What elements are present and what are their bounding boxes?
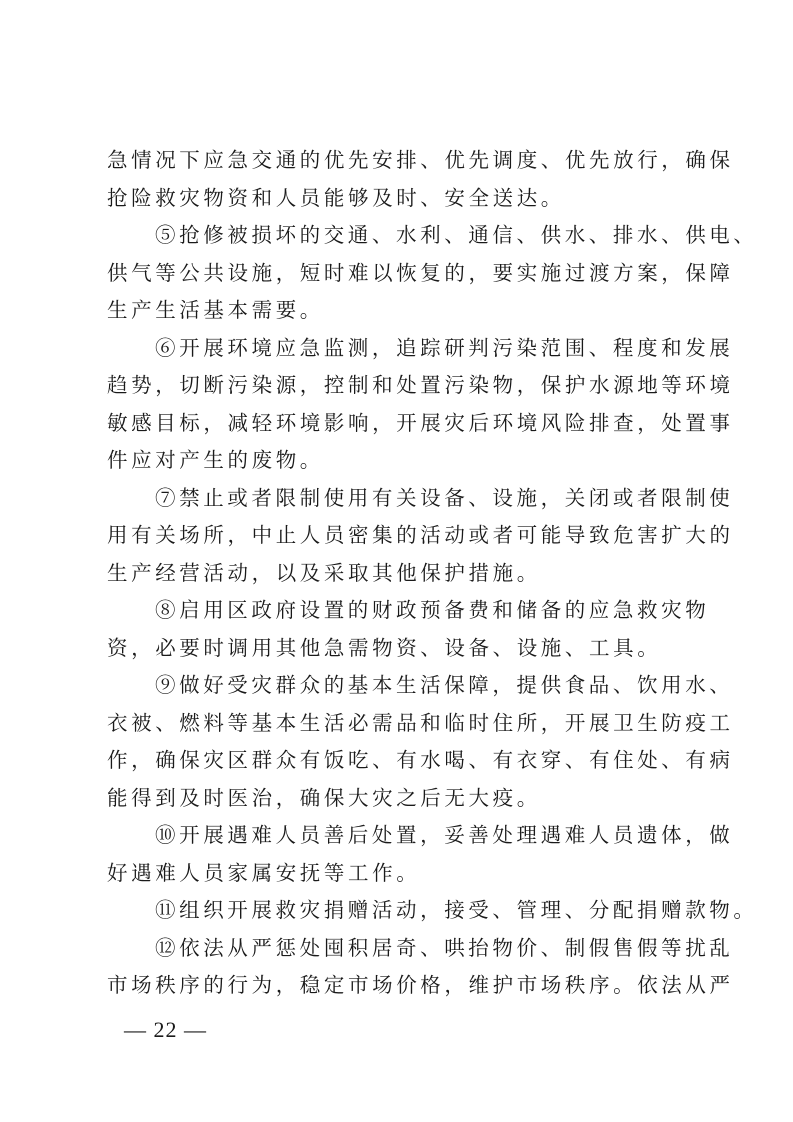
- text-line: 用有关场所，中止人员密集的活动或者可能导致危害扩大的: [107, 517, 697, 555]
- list-item-8: ⑧启用区政府设置的财政预备费和储备的应急救灾物: [107, 592, 697, 630]
- text-line: 趋势，切断污染源，控制和处置污染物，保护水源地等环境: [107, 367, 697, 405]
- list-item-10: ⑩开展遇难人员善后处置，妥善处理遇难人员遗体，做: [107, 817, 697, 855]
- text-line: 件应对产生的废物。: [107, 442, 697, 480]
- text-line: 衣被、燃料等基本生活必需品和临时住所，开展卫生防疫工: [107, 705, 697, 743]
- list-item-5: ⑤抢修被损坏的交通、水利、通信、供水、排水、供电、: [107, 217, 697, 255]
- text-line: 敏感目标，减轻环境影响，开展灾后环境风险排查，处置事: [107, 405, 697, 443]
- body-text: 急情况下应急交通的优先安排、优先调度、优先放行，确保 抢险救灾物资和人员能够及时…: [107, 142, 697, 1005]
- list-item-7: ⑦禁止或者限制使用有关设备、设施，关闭或者限制使: [107, 480, 697, 518]
- page-number: — 22 —: [124, 1017, 207, 1043]
- text-line: 好遇难人员家属安抚等工作。: [107, 855, 697, 893]
- text-line: 生产生活基本需要。: [107, 292, 697, 330]
- list-item-6: ⑥开展环境应急监测，追踪研判污染范围、程度和发展: [107, 330, 697, 368]
- document-page: 急情况下应急交通的优先安排、优先调度、优先放行，确保 抢险救灾物资和人员能够及时…: [0, 0, 793, 1122]
- list-item-12: ⑫依法从严惩处囤积居奇、哄抬物价、制假售假等扰乱: [107, 930, 697, 968]
- text-line: 急情况下应急交通的优先安排、优先调度、优先放行，确保: [107, 142, 697, 180]
- text-line: 供气等公共设施，短时难以恢复的，要实施过渡方案，保障: [107, 255, 697, 293]
- text-line: 作，确保灾区群众有饭吃、有水喝、有衣穿、有住处、有病: [107, 742, 697, 780]
- text-line: 生产经营活动，以及采取其他保护措施。: [107, 555, 697, 593]
- text-line: 能得到及时医治，确保大灾之后无大疫。: [107, 780, 697, 818]
- list-item-9: ⑨做好受灾群众的基本生活保障，提供食品、饮用水、: [107, 667, 697, 705]
- text-line: 抢险救灾物资和人员能够及时、安全送达。: [107, 180, 697, 218]
- list-item-11: ⑪组织开展救灾捐赠活动，接受、管理、分配捐赠款物。: [107, 892, 697, 930]
- text-line: 资，必要时调用其他急需物资、设备、设施、工具。: [107, 630, 697, 668]
- text-line: 市场秩序的行为，稳定市场价格，维护市场秩序。依法从严: [107, 967, 697, 1005]
